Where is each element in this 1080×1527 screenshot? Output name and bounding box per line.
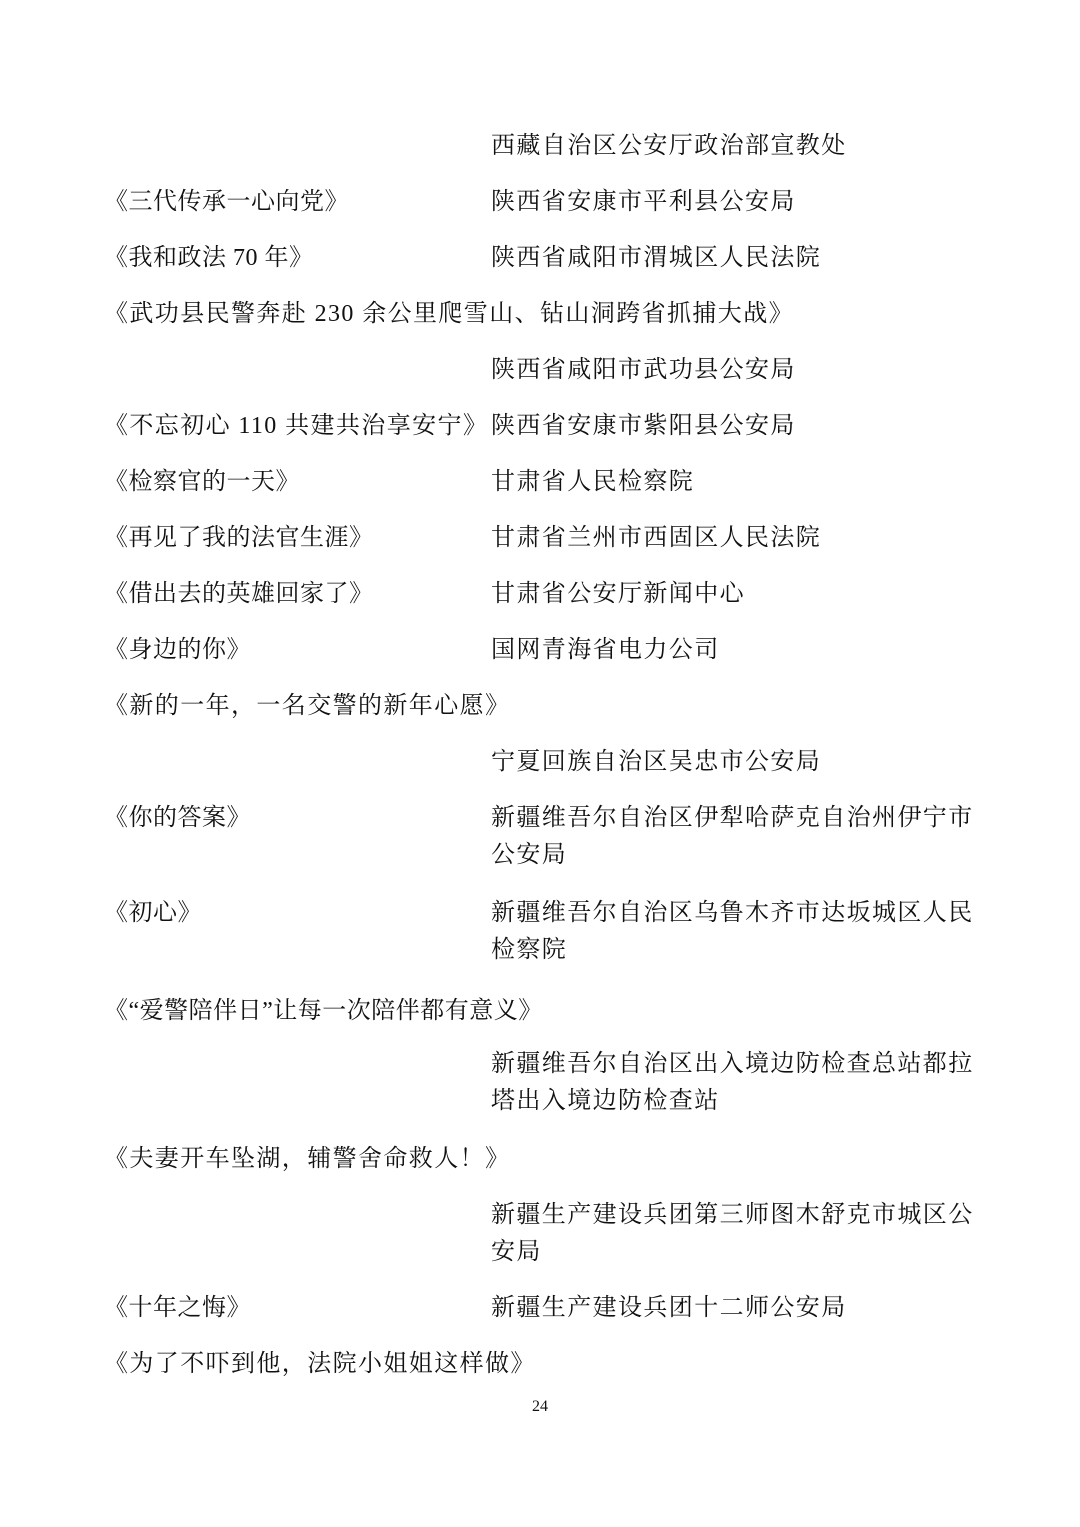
entry-unit: 陕西省咸阳市武功县公安局 — [491, 352, 981, 389]
document-page: 西藏自治区公安厅政治部宣教处 《三代传承一心向党》 陕西省安康市平利县公安局 《… — [0, 0, 1080, 1527]
entry-title: 《再见了我的法官生涯》 — [104, 520, 374, 557]
entry-title: 《不忘初心 110 共建共治享安宁》 — [104, 408, 488, 445]
entry-unit: 新疆生产建设兵团第三师图木舒克市城区公安局 — [491, 1197, 981, 1271]
entry-unit: 国网青海省电力公司 — [491, 632, 981, 669]
entry-unit: 陕西省安康市平利县公安局 — [491, 184, 981, 221]
entry-unit: 新疆维吾尔自治区乌鲁木齐市达坂城区人民检察院 — [491, 895, 981, 969]
entry-unit: 甘肃省人民检察院 — [491, 464, 981, 501]
entry-unit: 宁夏回族自治区吴忠市公安局 — [491, 744, 981, 781]
entry-title: 《借出去的英雄回家了》 — [104, 576, 374, 613]
entry-title: 《十年之悔》 — [104, 1290, 251, 1327]
entry-title: 《我和政法 70 年》 — [104, 240, 314, 277]
entry-unit: 陕西省安康市紫阳县公安局 — [491, 408, 981, 445]
entry-title: 《初心》 — [104, 895, 202, 932]
entry-unit: 甘肃省公安厅新闻中心 — [491, 576, 981, 613]
entry-title: 《新的一年，一名交警的新年心愿》 — [104, 688, 510, 725]
entry-title: 《夫妻开车坠湖，辅警舍命救人！》 — [104, 1141, 510, 1178]
entry-title: 《身边的你》 — [104, 632, 251, 669]
entry-title: 《“爱警陪伴日”让每一次陪伴都有意义》 — [104, 993, 543, 1030]
entry-unit: 新疆生产建设兵团十二师公安局 — [491, 1290, 981, 1327]
entry-title: 《三代传承一心向党》 — [104, 184, 349, 221]
entry-unit: 陕西省咸阳市渭城区人民法院 — [491, 240, 981, 277]
entry-unit: 甘肃省兰州市西固区人民法院 — [491, 520, 981, 557]
entry-unit: 西藏自治区公安厅政治部宣教处 — [491, 128, 981, 165]
entry-unit: 新疆维吾尔自治区出入境边防检查总站都拉塔出入境边防检查站 — [491, 1046, 981, 1120]
entry-title: 《武功县民警奔赴 230 余公里爬雪山、钻山洞跨省抓捕大战》 — [104, 296, 794, 333]
entry-title: 《你的答案》 — [104, 800, 251, 837]
page-number: 24 — [0, 1398, 1080, 1416]
entry-unit: 新疆维吾尔自治区伊犁哈萨克自治州伊宁市公安局 — [491, 800, 981, 874]
entry-title: 《检察官的一天》 — [104, 464, 300, 501]
entry-title: 《为了不吓到他，法院小姐姐这样做》 — [104, 1346, 536, 1383]
